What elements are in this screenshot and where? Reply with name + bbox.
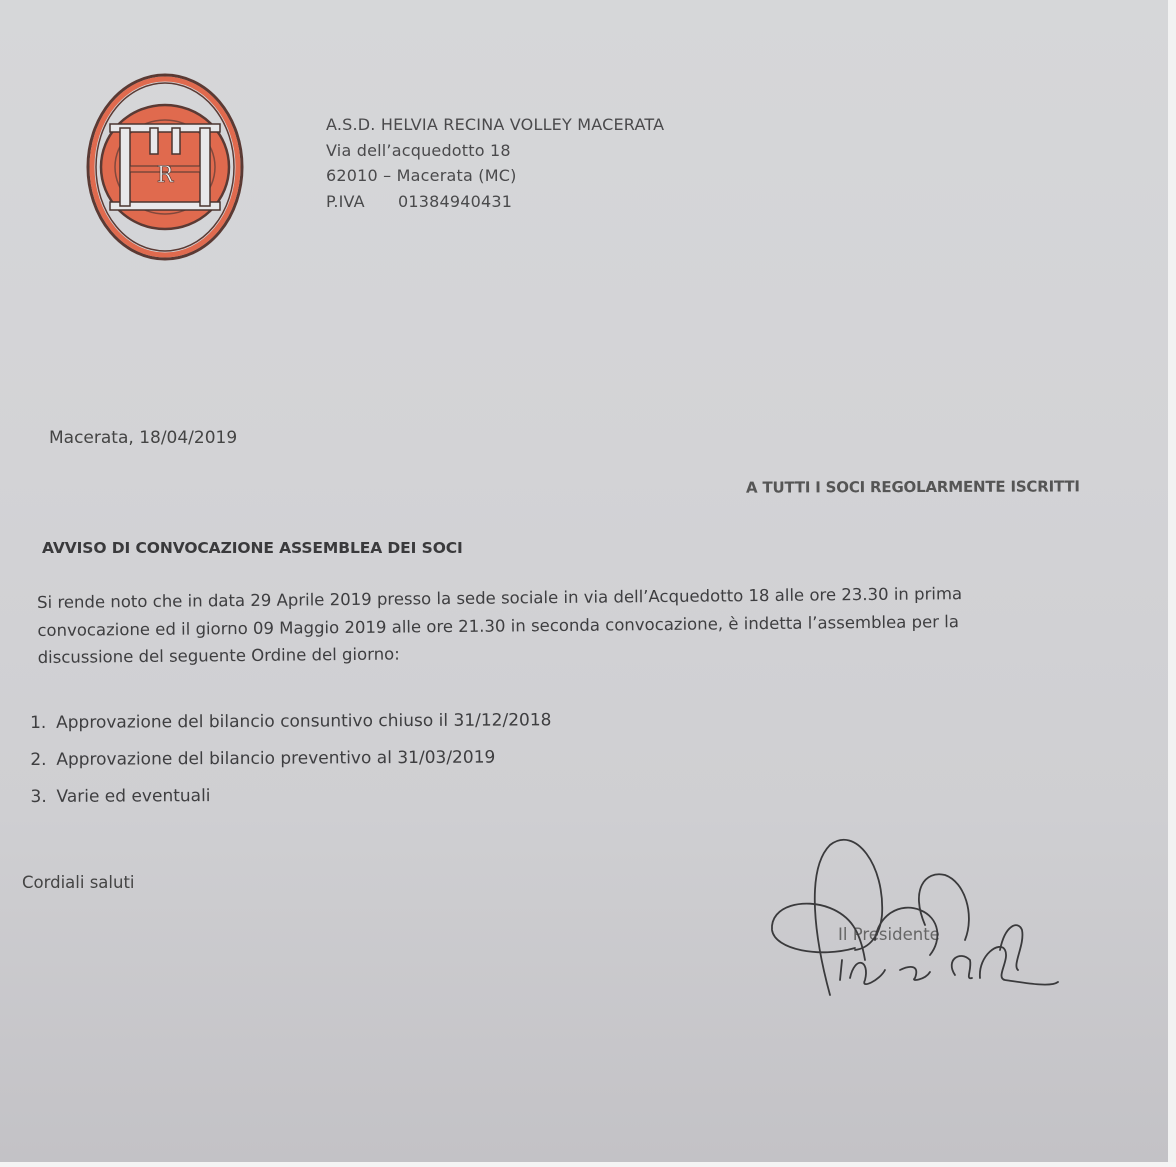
agenda-number: 3.	[30, 779, 56, 816]
hr-monogram-logo-icon: R	[84, 72, 246, 262]
body-paragraph: Si rende noto che in data 29 Aprile 2019…	[37, 579, 1128, 672]
subject-heading: AVVISO DI CONVOCAZIONE ASSEMBLEA DEI SOC…	[42, 539, 463, 557]
recipient: A TUTTI I SOCI REGOLARMENTE ISCRITTI	[746, 477, 1080, 496]
address-line: Via dell’acquedotto 18	[326, 138, 664, 164]
vat-line: P.IVA01384940431	[326, 189, 664, 215]
agenda-text: Approvazione del bilancio preventivo al …	[56, 748, 495, 770]
svg-text:R: R	[157, 163, 175, 188]
agenda-item: 1.Approvazione del bilancio consuntivo c…	[30, 702, 552, 742]
agenda-number: 2.	[30, 742, 56, 779]
agenda-number: 1.	[30, 705, 56, 742]
agenda-item: 3.Varie ed eventuali	[30, 776, 552, 816]
city-line: 62010 – Macerata (MC)	[326, 163, 664, 189]
agenda-item: 2.Approvazione del bilancio preventivo a…	[30, 739, 552, 779]
handwritten-signature-icon	[760, 830, 1080, 1010]
agenda-list: 1.Approvazione del bilancio consuntivo c…	[30, 702, 552, 816]
letter-date: Macerata, 18/04/2019	[49, 428, 237, 448]
vat-number: 01384940431	[398, 192, 512, 211]
letter-page: R A.S.D. HELVIA RECINA VOLLEY MACERATA V…	[0, 0, 1168, 1162]
letterhead-info: A.S.D. HELVIA RECINA VOLLEY MACERATA Via…	[326, 112, 664, 214]
organization-name: A.S.D. HELVIA RECINA VOLLEY MACERATA	[326, 112, 664, 138]
closing-salutation: Cordiali saluti	[22, 873, 135, 892]
agenda-text: Varie ed eventuali	[56, 786, 210, 807]
agenda-text: Approvazione del bilancio consuntivo chi…	[56, 710, 551, 733]
vat-label: P.IVA	[326, 189, 398, 215]
